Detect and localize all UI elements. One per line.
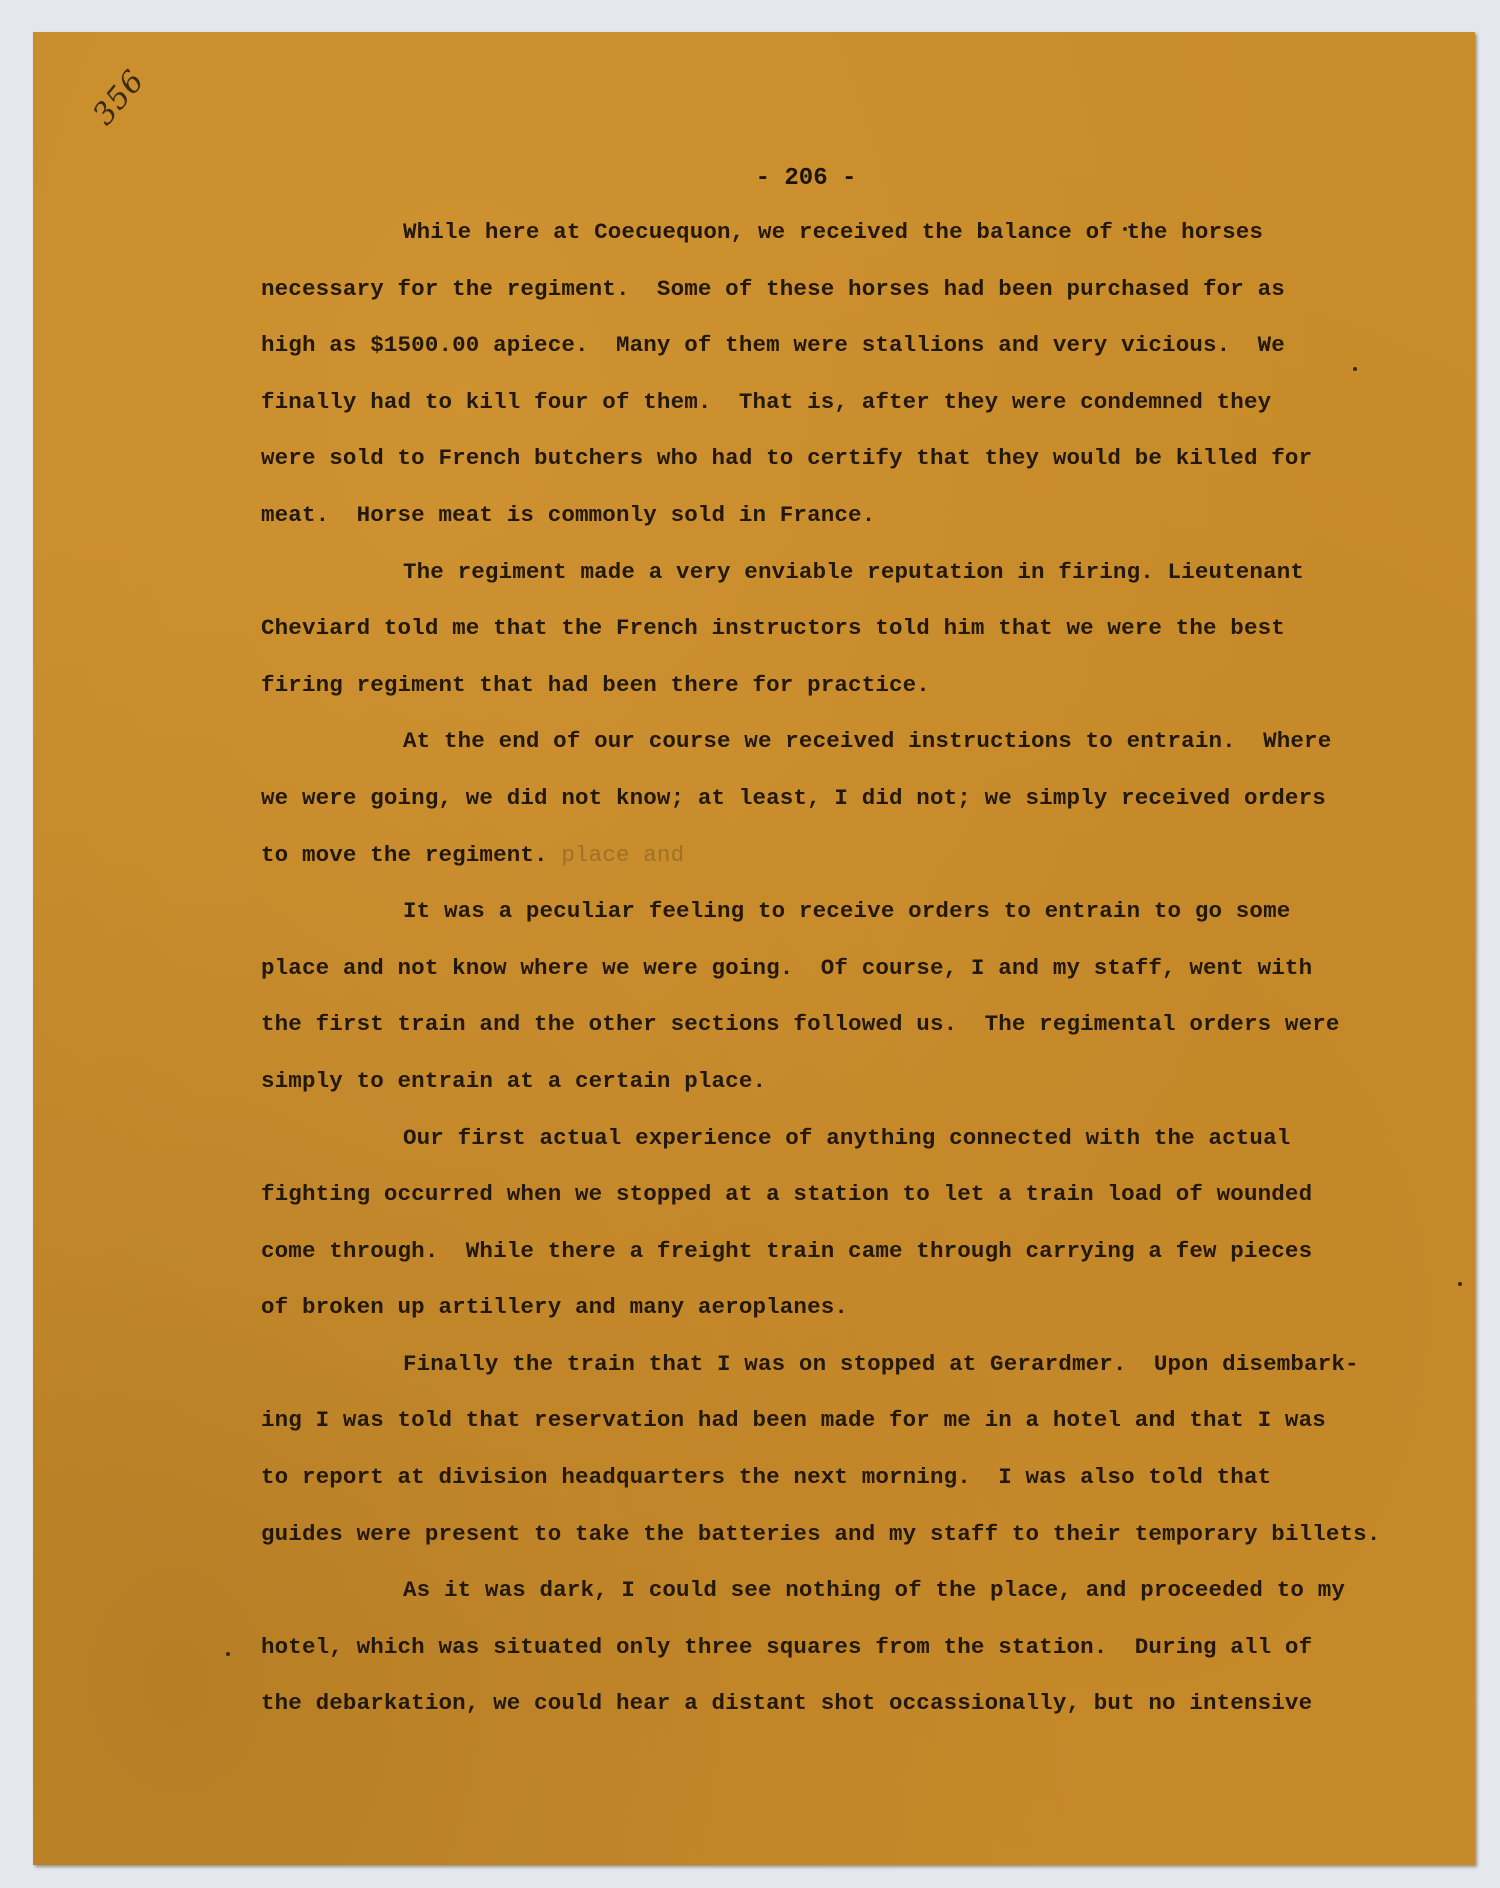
text-line: ing I was told that reservation had been… (261, 1402, 1421, 1459)
text-line: of broken up artillery and many aeroplan… (261, 1289, 1421, 1346)
text-line: It was a peculiar feeling to receive ord… (261, 893, 1421, 950)
text-line: finally had to kill four of them. That i… (261, 384, 1421, 441)
text-line: At the end of our course we received ins… (261, 723, 1421, 780)
text-line: hotel, which was situated only three squ… (261, 1629, 1421, 1686)
page-number: - 206 - (33, 165, 1500, 192)
typed-document-page: 356 - 206 - While here at Coecuequon, we… (33, 32, 1475, 1865)
text-line: we were going, we did not know; at least… (261, 780, 1421, 837)
faded-struck-text: place and (561, 842, 684, 868)
text-line: fighting occurred when we stopped at a s… (261, 1176, 1421, 1233)
text-line-with-faded-text: to move the regiment. place and (261, 837, 1421, 894)
text-line: Finally the train that I was on stopped … (261, 1346, 1421, 1403)
text-line: Cheviard told me that the French instruc… (261, 610, 1421, 667)
text-line: The regiment made a very enviable reputa… (261, 554, 1421, 611)
document-body: While here at Coecuequon, we received th… (261, 214, 1421, 1742)
paper-speck (1458, 1282, 1462, 1286)
text-line: to move the regiment. (261, 842, 548, 868)
text-line: the debarkation, we could hear a distant… (261, 1685, 1421, 1742)
text-line: meat. Horse meat is commonly sold in Fra… (261, 497, 1421, 554)
text-line: simply to entrain at a certain place. (261, 1063, 1421, 1120)
text-line: place and not know where we were going. … (261, 950, 1421, 1007)
text-line: were sold to French butchers who had to … (261, 440, 1421, 497)
text-line: firing regiment that had been there for … (261, 667, 1421, 724)
text-line: necessary for the regiment. Some of thes… (261, 271, 1421, 328)
text-line: the first train and the other sections f… (261, 1006, 1421, 1063)
text-line: While here at Coecuequon, we received th… (261, 214, 1421, 271)
text-line: As it was dark, I could see nothing of t… (261, 1572, 1421, 1629)
text-line: high as $1500.00 apiece. Many of them we… (261, 327, 1421, 384)
handwritten-folio-number: 356 (86, 63, 152, 132)
paper-speck (226, 1652, 230, 1656)
text-line: come through. While there a freight trai… (261, 1233, 1421, 1290)
text-line: to report at division headquarters the n… (261, 1459, 1421, 1516)
text-line: Our first actual experience of anything … (261, 1120, 1421, 1177)
text-line: guides were present to take the batterie… (261, 1516, 1421, 1573)
